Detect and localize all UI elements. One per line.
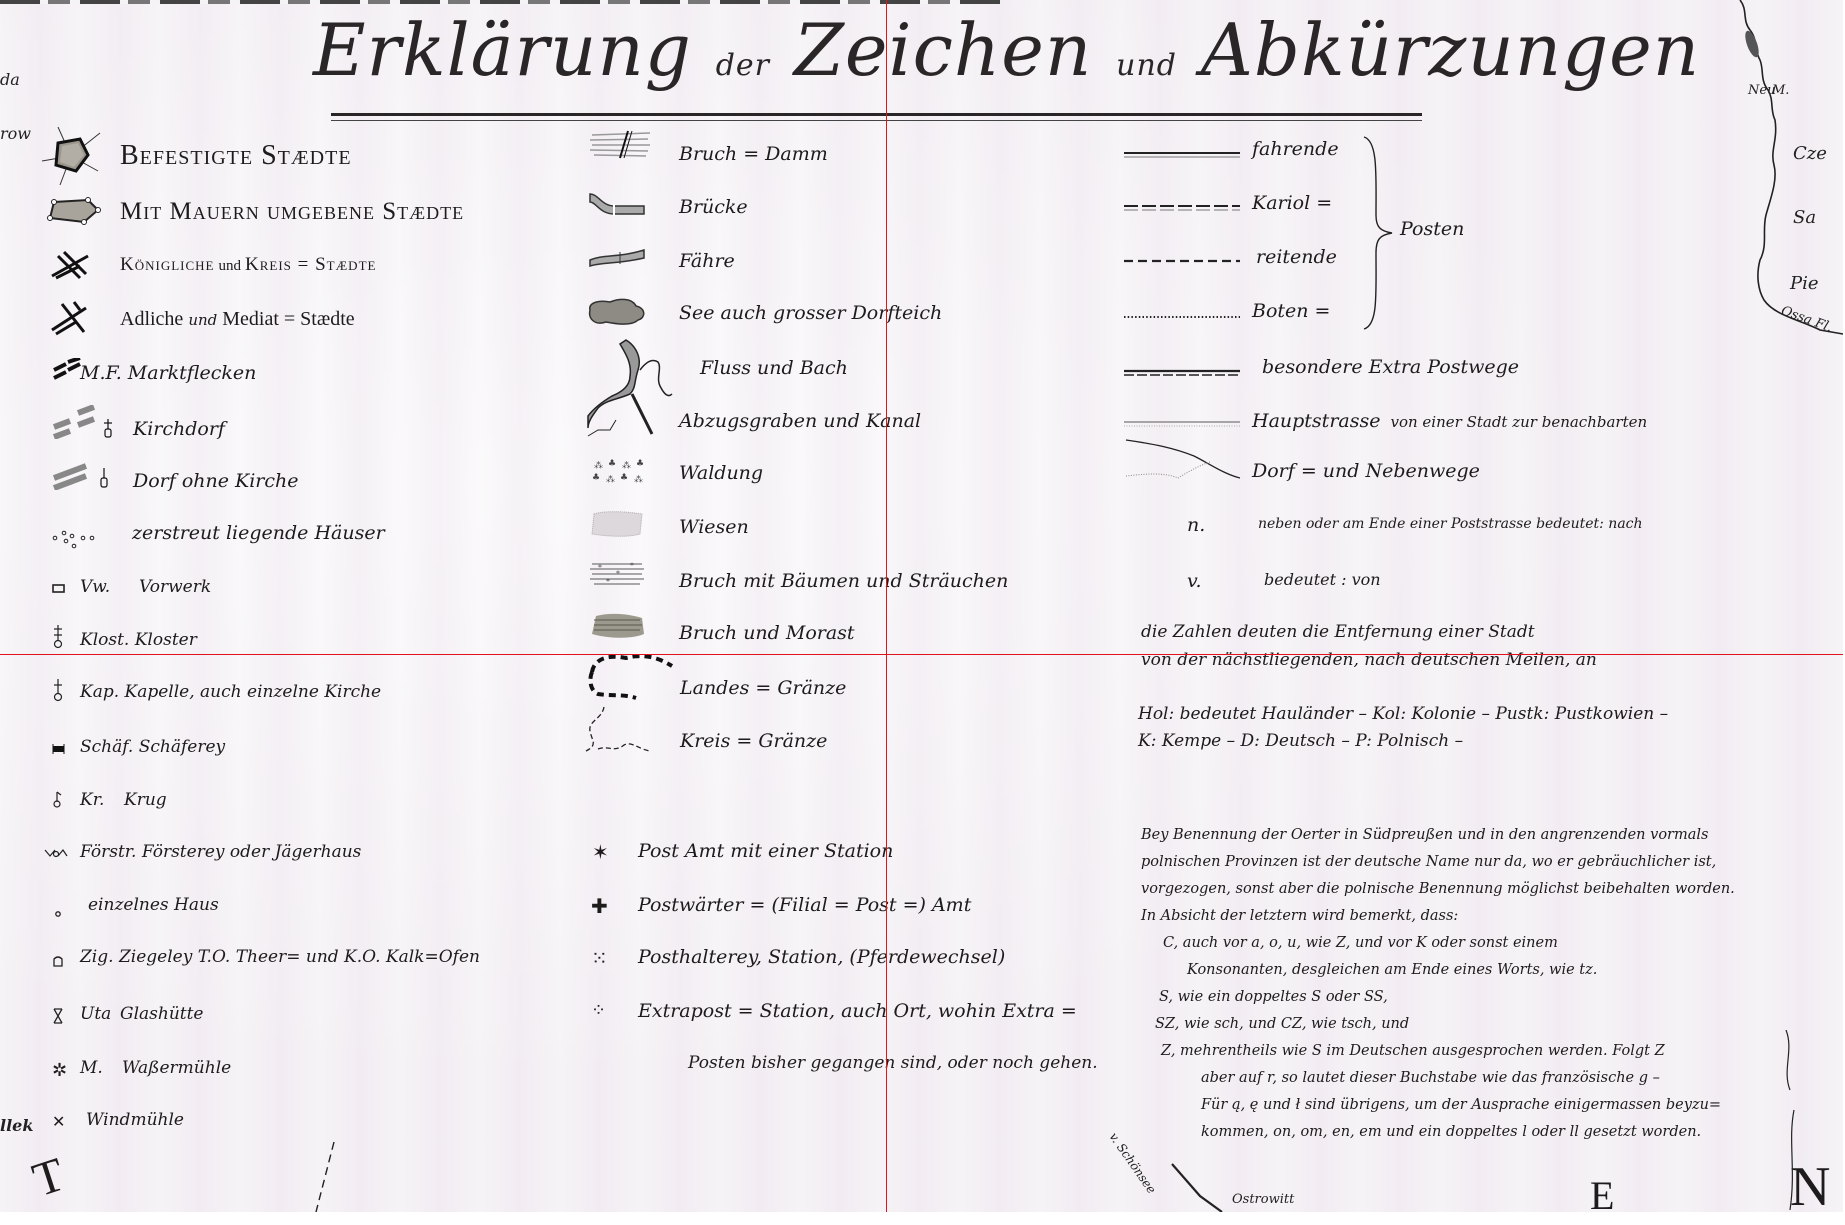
fortified-city-icon <box>40 125 102 187</box>
road-extra-post-icon <box>1124 368 1242 378</box>
ossa-river-icon <box>1730 0 1843 340</box>
legend-label: Hauptstrasse von einer Stadt zur benachb… <box>1252 410 1647 432</box>
brace-label: Posten <box>1400 218 1464 240</box>
road-messenger-post-icon <box>1124 314 1242 320</box>
village-road-icon <box>1124 438 1242 482</box>
legend-label: Förstr. Försterey oder Jägerhaus <box>80 842 361 862</box>
inn-icon <box>52 790 64 808</box>
legend-label: Postwärter = (Filial = Post =) Amt <box>638 894 971 916</box>
svg-text:*: * <box>606 577 610 586</box>
chapel-icon <box>52 678 64 702</box>
forest-icon: ⁂♣⁂♣ ♣⁂♣⁂ <box>590 456 650 486</box>
title-word: Erklärung <box>313 8 692 92</box>
legend-label: Kariol = <box>1252 192 1332 214</box>
abbr-key: v. <box>1187 570 1202 592</box>
legend-label: einzelnes Haus <box>88 895 219 915</box>
legend-label: Fluss und Bach <box>700 357 848 379</box>
road-fragment-icon <box>310 1140 340 1212</box>
legend-abbr: Uta <box>80 1004 111 1024</box>
legend-title: Erklärung der Zeichen und Abkürzungen <box>313 8 1700 92</box>
ferry-icon <box>588 248 648 268</box>
label-part: von einer Stadt zur benachbarten <box>1390 413 1647 431</box>
svg-text:*: * <box>598 563 602 572</box>
label-part: und <box>188 311 217 329</box>
legend-label: Posthalterey, Station, (Pferdewechsel) <box>638 946 1005 968</box>
legend-label: Brücke <box>679 196 748 218</box>
windmill-icon: ✕ <box>52 1112 65 1132</box>
swamp-icon <box>590 612 646 640</box>
note-line: von der nächstliegenden, nach deutschen … <box>1141 650 1597 670</box>
legend-label: Wiesen <box>679 516 749 538</box>
svg-text:*: * <box>630 561 634 570</box>
legend-label: Königliche und Kreis = Stædte <box>120 254 376 276</box>
map-region-letter: T <box>26 1147 71 1208</box>
guide-line-vertical <box>886 0 887 1212</box>
abbr-key: n. <box>1187 514 1205 536</box>
label-part: und <box>219 258 242 274</box>
royal-district-city-icon <box>50 250 90 280</box>
legend-label: Waldung <box>679 462 763 484</box>
extrapost-station-icon: ⁘ <box>591 1000 606 1021</box>
map-label-fragment: Cze <box>1793 143 1827 164</box>
post-station-icon: ⁙ <box>591 946 608 971</box>
note-line: Bey Benennung der Oerter in Südpreußen u… <box>1141 822 1735 849</box>
market-town-icon <box>52 358 82 380</box>
note-line: S, wie ein doppeltes S oder SS, <box>1141 984 1735 1011</box>
map-label-fragment: M. <box>1772 83 1789 98</box>
note-line: Z, mehrentheils wie S im Deutschen ausge… <box>1141 1038 1735 1065</box>
map-label-fragment: Pie <box>1790 273 1819 294</box>
svg-text:⁂: ⁂ <box>606 474 615 485</box>
legend-label: Bruch mit Bäumen und Sträuchen <box>679 570 1008 592</box>
legend-label: Bruch und Morast <box>679 622 855 644</box>
road-riding-post-icon <box>1124 258 1242 264</box>
marsh-dam-icon <box>590 130 652 160</box>
forester-house-icon <box>44 848 68 860</box>
legend-abbr: M. <box>80 1058 103 1078</box>
legend-label: fahrende <box>1252 138 1339 160</box>
noble-city-icon <box>50 300 94 336</box>
svg-text:♣: ♣ <box>608 459 616 469</box>
border-fragment-icon <box>1780 1030 1800 1210</box>
svg-text:♣: ♣ <box>636 459 644 469</box>
marsh-trees-icon: **** <box>590 560 646 588</box>
note-line: C, auch vor a, o, u, wie Z, und vor K od… <box>1141 930 1735 957</box>
label-part: Kreis = Stædte <box>245 254 376 275</box>
legend-label: Mit Mauern umgebene Stædte <box>120 198 464 226</box>
legend-label: Extrapost = Station, auch Ort, wohin Ext… <box>638 1000 1077 1022</box>
legend-label: Windmühle <box>86 1110 184 1130</box>
lake-icon <box>586 296 648 328</box>
note-line: kommen, on, om, en, em und ein doppeltes… <box>1141 1119 1735 1146</box>
legend-label: Landes = Gränze <box>680 677 846 699</box>
map-label-fragment: row <box>0 124 31 143</box>
label-part: Hauptstrasse <box>1252 410 1380 432</box>
single-house-icon <box>54 910 62 918</box>
title-rule <box>331 113 1422 116</box>
meadow-icon <box>590 510 646 538</box>
church-village-icon <box>52 405 114 439</box>
title-word: und <box>1116 48 1177 83</box>
legend-label: Zig. Ziegeley T.O. Theer= und K.O. Kalk=… <box>80 947 480 967</box>
naming-note: Bey Benennung der Oerter in Südpreußen u… <box>1141 822 1735 1146</box>
map-region-letter: E <box>1590 1172 1614 1212</box>
legend-sheet: da row llek T Neu M. Cze Sa Pie Ossa Fl.… <box>0 0 1843 1212</box>
manor-farm-icon <box>52 584 66 594</box>
abbr-text: neben oder am Ende einer Poststrasse bed… <box>1258 516 1643 532</box>
legend-label: M.F. Marktflecken <box>80 362 256 384</box>
legend-label: Krug <box>124 790 167 810</box>
guide-line-horizontal <box>0 654 1843 655</box>
scattered-houses-icon <box>52 528 96 550</box>
note-line: Konsonanten, desgleichen am Ende eines W… <box>1141 957 1735 984</box>
monastery-icon <box>52 624 64 650</box>
note-line: polnischen Provinzen ist der deutsche Na… <box>1141 849 1735 876</box>
title-word: Abkürzungen <box>1201 8 1700 92</box>
abbr-text: bedeutet : von <box>1264 570 1381 589</box>
legend-label: See auch grosser Dorfteich <box>679 302 942 324</box>
svg-text:⁂: ⁂ <box>622 460 631 471</box>
label-part: Königliche <box>120 254 215 275</box>
bridge-icon <box>588 190 648 218</box>
legend-label: Schäf. Schäferey <box>80 737 225 757</box>
svg-text:*: * <box>616 569 620 578</box>
district-border-icon <box>584 705 664 755</box>
legend-label: Boten = <box>1252 300 1330 322</box>
legend-label: Bruch = Damm <box>679 143 828 165</box>
posten-brace-icon <box>1362 135 1396 331</box>
watermill-icon: ✲ <box>52 1060 67 1081</box>
legend-label: Abzugsgraben und Kanal <box>679 410 921 432</box>
note-line: In Absicht der letztern wird bemerkt, da… <box>1141 903 1735 930</box>
legend-label: Kirchdorf <box>133 418 225 440</box>
note-line: K: Kempe – D: Deutsch – P: Polnisch – <box>1138 731 1463 751</box>
title-rule <box>331 120 1422 121</box>
legend-label: Dorf = und Nebenwege <box>1252 460 1480 482</box>
legend-label: zerstreut liegende Häuser <box>132 522 385 544</box>
main-road-icon <box>1124 420 1242 428</box>
sheep-farm-icon <box>52 744 66 754</box>
legend-label: reitende <box>1256 246 1337 268</box>
legend-label: Klost. Kloster <box>80 630 197 650</box>
road-kariol-post-icon <box>1124 203 1242 213</box>
note-line: Für ą, ę und ł sind übrigens, um der Aus… <box>1141 1092 1735 1119</box>
glassworks-icon <box>52 1008 64 1024</box>
legend-label-continuation: Posten bisher gegangen sind, oder noch g… <box>688 1053 1098 1073</box>
label-part: Mediat = Stædte <box>222 308 354 330</box>
legend-label: Post Amt mit einer Station <box>638 840 893 862</box>
map-label-fragment: da <box>0 70 20 89</box>
legend-label: Dorf ohne Kirche <box>133 470 299 492</box>
post-keeper-icon: ✚ <box>591 894 608 919</box>
walled-city-icon <box>44 194 102 226</box>
map-label-fragment: Sa <box>1793 207 1816 228</box>
legend-label: Vorwerk <box>139 577 211 597</box>
note-line: Hol: bedeutet Hauländer – Kol: Kolonie –… <box>1138 704 1668 724</box>
svg-text:⁂: ⁂ <box>594 460 603 471</box>
note-line: vorgezogen, sonst aber die polnische Ben… <box>1141 876 1735 903</box>
map-label-fragment: llek <box>0 1116 33 1135</box>
legend-label: Kreis = Gränze <box>680 730 827 752</box>
label-part: Adliche <box>120 308 183 330</box>
legend-label: Befestigte Stædte <box>120 140 352 172</box>
village-without-church-icon <box>52 460 114 490</box>
svg-text:♣: ♣ <box>620 473 628 483</box>
svg-text:⁂: ⁂ <box>634 474 643 485</box>
legend-abbr: Kr. <box>80 790 104 810</box>
post-office-icon: ✶ <box>592 840 609 865</box>
road-driving-post-icon <box>1124 150 1242 160</box>
legend-label: Fähre <box>679 250 735 272</box>
legend-label: Glashütte <box>120 1004 204 1024</box>
title-word: Zeichen <box>794 8 1092 92</box>
legend-label: besondere Extra Postwege <box>1262 356 1519 378</box>
kiln-icon <box>52 955 64 967</box>
map-frame-border <box>0 0 1000 4</box>
national-border-icon <box>586 650 676 706</box>
legend-label: Kap. Kapelle, auch einzelne Kirche <box>80 682 381 702</box>
legend-label: Waßermühle <box>122 1058 231 1078</box>
note-line: die Zahlen deuten die Entfernung einer S… <box>1141 622 1535 642</box>
note-line: SZ, wie sch, und CZ, wie tsch, und <box>1141 1011 1735 1038</box>
map-label-fragment: Ostrowitt <box>1232 1192 1294 1207</box>
title-word: der <box>716 48 770 83</box>
legend-label: Adliche und Mediat = Stædte <box>120 308 355 331</box>
svg-text:♣: ♣ <box>592 473 600 483</box>
legend-abbr: Vw. <box>80 577 110 597</box>
note-line: aber auf r, so lautet dieser Buchstabe w… <box>1141 1065 1735 1092</box>
